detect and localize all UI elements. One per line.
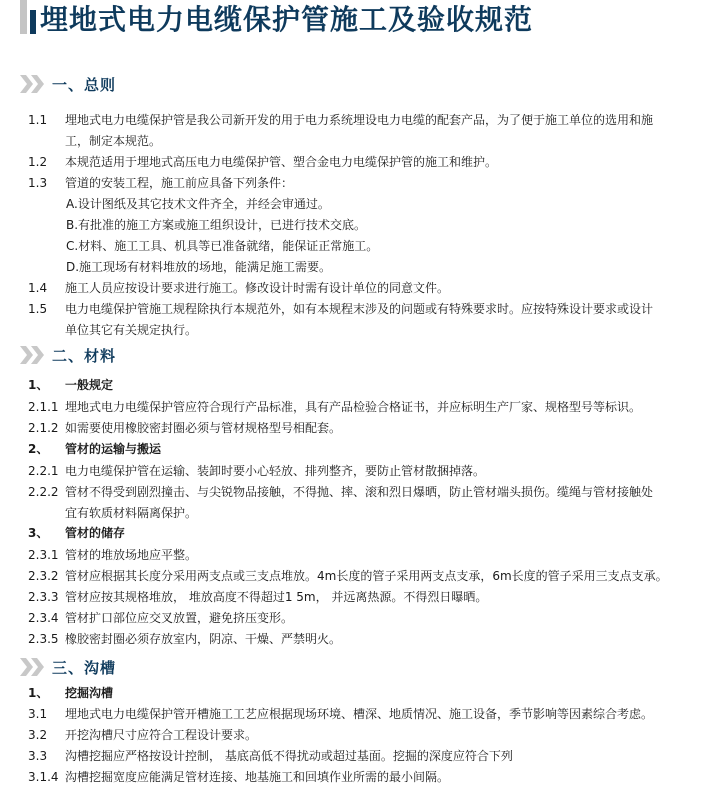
clause-text: 管材不得受到剧烈撞击、与尖锐物品接触，不得抛、摔、滚和烈日爆晒，防止管材端头损伤…: [65, 483, 653, 501]
clause-text: 管材应根据其长度分采用两支点或三支点堆放。4m长度的管子采用两支点支承，6m长度…: [65, 567, 668, 585]
clause-number: 3.1: [28, 705, 47, 723]
subsection-title: 挖掘沟槽: [65, 684, 113, 702]
subsection-number: 1、: [28, 376, 48, 394]
clause-text: 沟槽挖掘宽度应能满足管材连接、地基施工和回填作业所需的最小间隔。: [65, 768, 449, 785]
double-chevron-icon: [20, 658, 46, 676]
clause-text: 电力电缆保护管在运输、装卸时要小心轻放、排列整齐，要防止管材散捆掉落。: [65, 462, 485, 480]
title-bar-grey: [20, 0, 27, 34]
condition-a: A.设计图纸及其它技术文件齐全，并经会审通过。: [66, 195, 330, 213]
clause-number: 3.3: [28, 747, 47, 765]
clause-text: 管材的堆放场地应平整。: [65, 546, 197, 564]
clause-number: 1.5: [28, 300, 47, 318]
page-title: 埋地式电力电缆保护管施工及验收规范: [40, 3, 533, 37]
double-chevron-icon: [20, 75, 46, 93]
condition-c: C.材料、施工工具、机具等已准备就绪，能保证正常施工。: [66, 237, 378, 255]
clause-number: 2.1.2: [28, 419, 59, 437]
clause-text: 如需要使用橡胶密封圈必须与管材规格型号相配套。: [65, 419, 341, 437]
clause-text: 本规范适用于埋地式高压电力电缆保护管、塑合金电力电缆保护管的施工和维护。: [65, 153, 497, 171]
clause-text: 埋地式电力电缆保护管是我公司新开发的用于电力系统埋设电力电缆的配套产品，为了便于…: [65, 111, 653, 129]
subsection-title: 一般规定: [65, 376, 113, 394]
clause-text: 施工人员应按设计要求进行施工。修改设计时需有设计单位的同意文件。: [65, 279, 449, 297]
clause-number: 1.3: [28, 174, 47, 192]
section-title: 一、总则: [52, 74, 116, 95]
clause-number: 2.2.1: [28, 462, 59, 480]
clause-number: 1.2: [28, 153, 47, 171]
subsection-number: 1、: [28, 684, 48, 702]
clause-text: 管材应按其规格堆放， 堆放高度不得超过1 5m， 并远离热源。不得烈日曝晒。: [65, 588, 487, 606]
clause-text: 管道的安装工程，施工前应具备下列条件：: [65, 174, 293, 192]
clause-number: 2.3.5: [28, 630, 59, 648]
clause-number: 3.2: [28, 726, 47, 744]
condition-d: D.施工现场有材料堆放的场地，能满足施工需要。: [66, 258, 331, 276]
clause-text: 电力电缆保护管施工规程除执行本规范外，如有本规程末涉及的问题或有特殊要求时。应按…: [65, 300, 653, 318]
section-title: 三、沟槽: [52, 657, 116, 678]
section-header-trench: 三、沟槽: [20, 657, 116, 677]
clause-number: 3.1.4: [28, 768, 59, 785]
clause-text: 管材扩口部位应交叉放置，避免挤压变形。: [65, 609, 293, 627]
clause-text: 工，制定本规范。: [65, 132, 161, 150]
title-bar-blue: [30, 10, 36, 34]
condition-b: B.有批准的施工方案或施工组织设计，已进行技术交底。: [66, 216, 366, 234]
clause-number: 2.3.1: [28, 546, 59, 564]
subsection-number: 2、: [28, 440, 48, 458]
clause-text: 埋地式电力电缆保护管应符合现行产品标准，具有产品检验合格证书，并应标明生产厂家、…: [65, 398, 641, 416]
section-header-materials: 二、材料: [20, 345, 116, 365]
clause-number: 2.1.1: [28, 398, 59, 416]
clause-number: 2.3.4: [28, 609, 59, 627]
clause-text: 橡胶密封圈必须存放室内，阴凉、干燥、严禁明火。: [65, 630, 341, 648]
clause-number: 2.3.2: [28, 567, 59, 585]
subsection-title: 管材的储存: [65, 524, 125, 542]
section-title: 二、材料: [52, 345, 116, 366]
clause-number: 1.1: [28, 111, 47, 129]
subsection-number: 3、: [28, 524, 48, 542]
subsection-title: 管材的运输与搬运: [65, 440, 161, 458]
clause-number: 2.3.3: [28, 588, 59, 606]
clause-text: 宜有软质材料隔离保护。: [65, 504, 197, 522]
section-header-general: 一、总则: [20, 74, 116, 94]
clause-text: 埋地式电力电缆保护管开槽施工工艺应根据现场环境、槽深、地质情况、施工设备，季节影…: [65, 705, 653, 723]
clause-text: 单位其它有关规定执行。: [65, 321, 197, 339]
clause-text: 开挖沟槽尺寸应符合工程设计要求。: [65, 726, 257, 744]
double-chevron-icon: [20, 346, 46, 364]
clause-number: 1.4: [28, 279, 47, 297]
clause-text: 沟槽挖掘应严格按设计控制， 基底高低不得扰动或超过基面。挖掘的深度应符合下列: [65, 747, 513, 765]
clause-number: 2.2.2: [28, 483, 59, 501]
